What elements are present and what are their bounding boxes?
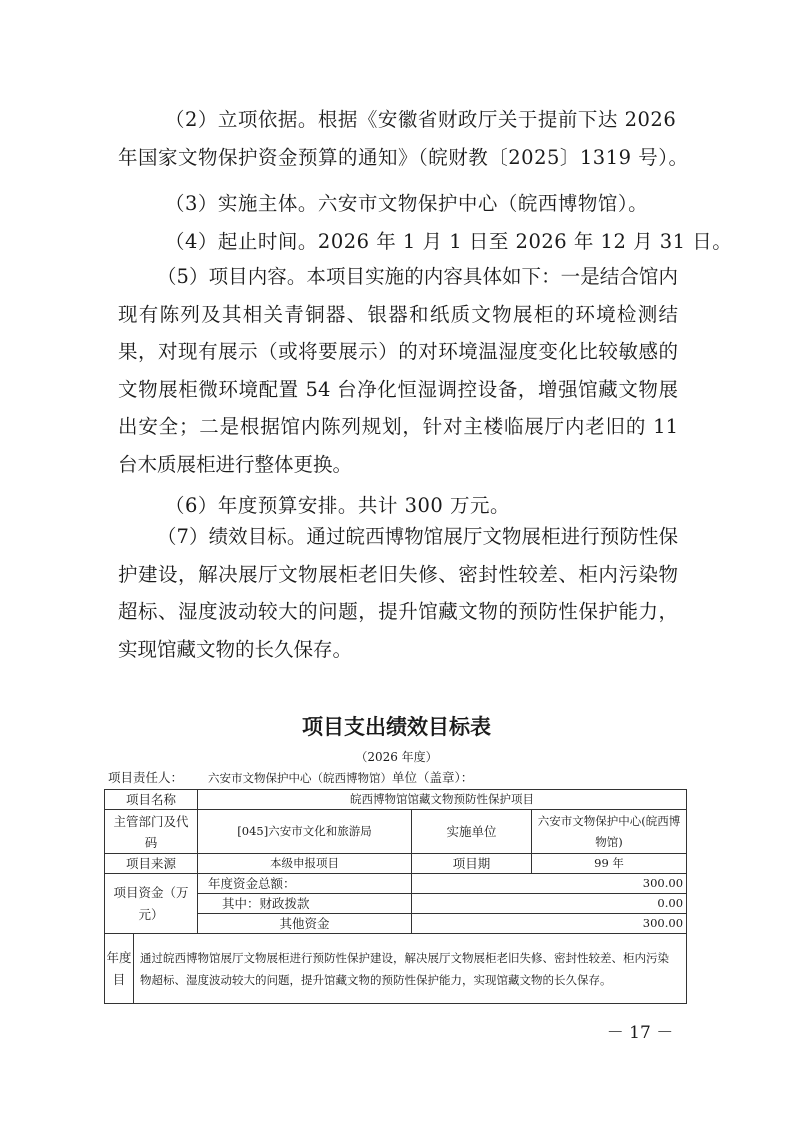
funds-total-value: 300.00 [412,874,687,894]
source-label: 项目来源 [105,854,198,874]
project-name-value: 皖西博物馆馆藏文物预防性保护项目 [198,790,687,810]
item7-text: （7）绩效目标。通过皖西博物馆展厅文物展柜进行预防性保护建设，解决展厅文物展柜老… [118,518,678,668]
dept-value: [045]六安市文化和旅游局 [198,810,412,854]
annual-goal-label: 年度目 [105,934,134,1004]
item6: （6）年度预算安排。共计 300 万元。 [165,490,727,518]
table-row: 项目名称 皖西博物馆馆藏文物预防性保护项目 [105,790,687,810]
source-value: 本级申报项目 [198,854,412,874]
funds-label: 项目资金（万元） [105,874,198,934]
item2-line1: （2）立项依据。根据《安徽省财政厅关于提前下达 2026 [165,104,685,132]
responsible-value: 六安市文物保护中心（皖西博物馆） [208,770,388,786]
unit-label: 单位（盖章）： [392,768,473,786]
table-meta: 项目责任人： 六安市文物保护中心（皖西博物馆） 单位（盖章）： [108,768,473,786]
project-name-label: 项目名称 [105,790,198,810]
item2-line2: 年国家文物保护资金预算的通知》（皖财教〔2025〕1319 号）。 [118,142,680,170]
item5-paragraph: （5）项目内容。本项目实施的内容具体如下：一是结合馆内现有陈列及其相关青铜器、银… [118,258,678,483]
funds-other-label: 其他资金 [198,914,412,934]
annual-goal-value: 通过皖西博物馆展厅文物展柜进行预防性保护建设，解决展厅文物展柜老旧失修、密封性较… [134,934,687,1004]
item5-text: （5）项目内容。本项目实施的内容具体如下：一是结合馆内现有陈列及其相关青铜器、银… [118,258,678,483]
dept-label: 主管部门及代码 [105,810,198,854]
item3: （3）实施主体。六安市文物保护中心（皖西博物馆）。 [165,188,727,216]
table-row: 项目资金（万元） 年度资金总额： 300.00 [105,874,687,894]
performance-target-table: 项目名称 皖西博物馆馆藏文物预防性保护项目 主管部门及代码 [045]六安市文化… [104,789,687,1004]
table-subtitle: （2026 年度） [0,748,793,765]
funds-other-value: 300.00 [412,914,687,934]
table-row: 项目来源 本级申报项目 项目期 99 年 [105,854,687,874]
item7-paragraph: （7）绩效目标。通过皖西博物馆展厅文物展柜进行预防性保护建设，解决展厅文物展柜老… [118,518,678,668]
period-value: 99 年 [532,854,687,874]
period-label: 项目期 [412,854,532,874]
item4: （4）起止时间。2026 年 1 月 1 日至 2026 年 12 月 31 日… [165,226,727,254]
table-row: 主管部门及代码 [045]六安市文化和旅游局 实施单位 六安市文物保护中心(皖西… [105,810,687,854]
table-title: 项目支出绩效目标表 [0,711,793,741]
table-row: 年度目 通过皖西博物馆展厅文物展柜进行预防性保护建设，解决展厅文物展柜老旧失修、… [105,934,687,1004]
funds-fiscal-value: 0.00 [412,894,687,914]
responsible-label: 项目责任人： [108,768,204,786]
impl-unit-label: 实施单位 [412,810,532,854]
funds-total-label: 年度资金总额： [198,874,412,894]
impl-unit-value: 六安市文物保护中心(皖西博物馆) [532,810,687,854]
page-number: － 17 － [600,1018,680,1043]
funds-fiscal-label: 其中：财政拨款 [198,894,412,914]
